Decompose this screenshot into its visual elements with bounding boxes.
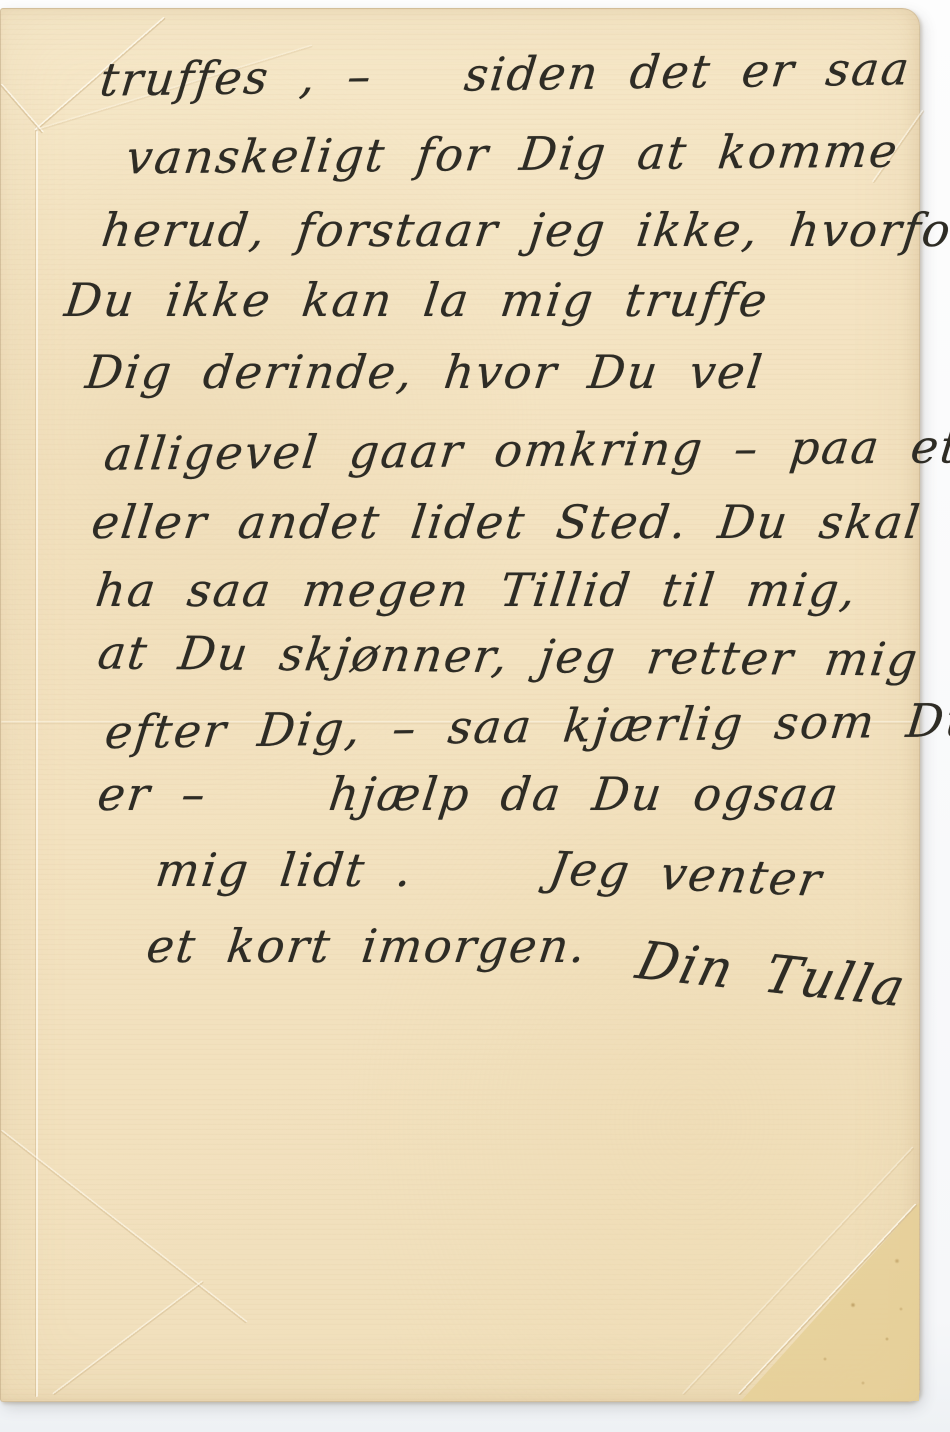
fold-crease-top-left	[0, 84, 44, 134]
letter-line: ha saa megen Tillid til mig,	[93, 565, 860, 616]
letter-line: Jeg venter	[546, 843, 827, 906]
letter-line: alligevel gaar omkring – paa et	[102, 421, 950, 479]
letter-page: truffes , – siden det er saa vanskeligt …	[0, 8, 920, 1402]
fold-crease-bottom-right	[682, 1146, 915, 1395]
letter-line: eller andet lidet Sted. Du skal	[89, 497, 924, 548]
letter-line: et kort imorgen.	[144, 921, 590, 972]
letter-line: truffes , – siden det er saa	[98, 43, 914, 105]
letter-line: at Du skjønner, jeg retter mig	[95, 627, 922, 685]
scan-background: truffes , – siden det er saa vanskeligt …	[0, 0, 950, 1432]
letter-line: herud, forstaar jeg ikke, hvorfor	[99, 205, 950, 256]
signature: Din Tulla	[631, 933, 912, 1018]
letter-line: mig lidt .	[153, 845, 416, 896]
fold-crease-bottom-left	[0, 1129, 248, 1323]
letter-line: vanskeligt for Dig at komme	[124, 126, 902, 183]
fold-crease-bottom-right	[738, 1203, 918, 1395]
fold-crease-vertical	[35, 127, 38, 1397]
letter-line: Du ikke kan la mig truffe	[62, 275, 772, 326]
letter-line: er – hjælp da Du ogsaa	[95, 769, 843, 820]
letter-line: efter Dig, – saa kjærlig som Du	[103, 695, 950, 758]
letter-line: Dig derinde, hvor Du vel	[83, 347, 767, 398]
fold-crease-bottom-left	[52, 1280, 204, 1396]
